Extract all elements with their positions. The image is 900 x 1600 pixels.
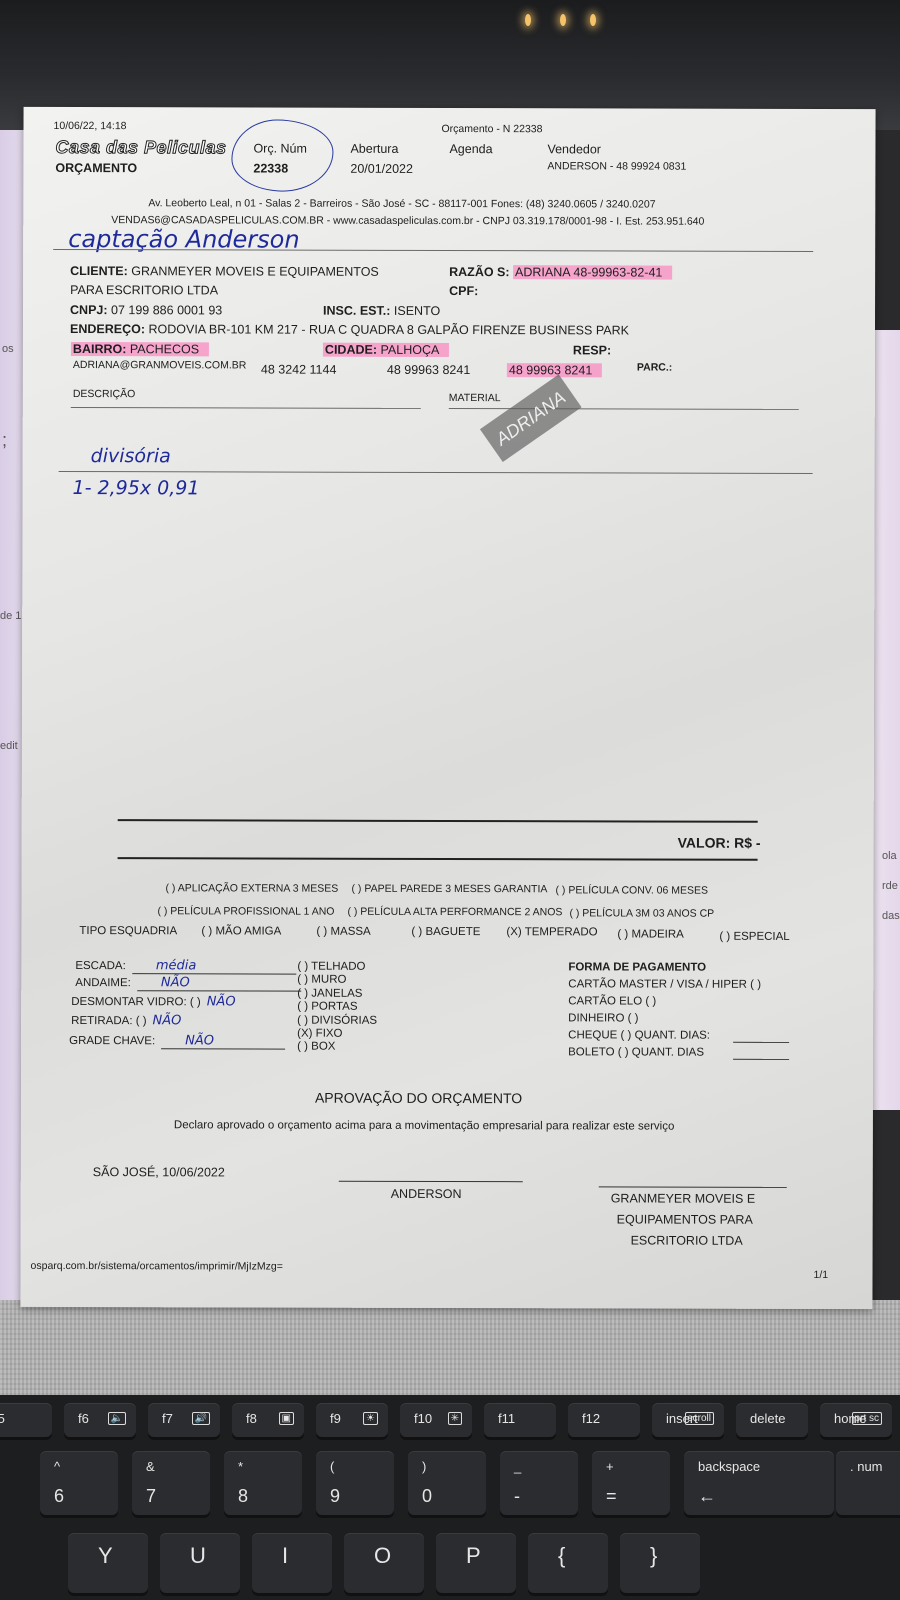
service-field-label: RETIRADA: ( ) (71, 1015, 146, 1027)
cidade-field: CIDADE: PALHOÇA (323, 343, 449, 357)
key-top-label: _ (514, 1459, 521, 1474)
key-f8[interactable]: f8▣ (232, 1403, 304, 1437)
doc-type: ORÇAMENTO (55, 161, 137, 175)
key-label: f6 (78, 1411, 89, 1426)
key-label: P (466, 1543, 481, 1569)
edge-text: ola (882, 850, 897, 862)
key-bottom-label: 6 (54, 1486, 64, 1507)
key-bottom-label: 8 (238, 1486, 248, 1507)
key-glyph-icon: 🔊 (192, 1412, 210, 1425)
key-glyph-icon: prt sc (852, 1412, 882, 1425)
endereco-field: ENDEREÇO: RODOVIA BR-101 KM 217 - RUA C … (70, 322, 629, 337)
cpf-label: CPF: (449, 284, 478, 298)
payment-option[interactable]: DINHEIRO ( ) (568, 1012, 638, 1024)
quant-dias-line[interactable] (733, 1042, 789, 1043)
payment-title: FORMA DE PAGAMENTO (568, 961, 706, 973)
service-field-value[interactable]: NÃO (207, 994, 236, 1009)
key-top-label: ( (330, 1459, 334, 1474)
key-top-label: ) (422, 1459, 426, 1474)
divider (59, 471, 813, 474)
key-glyph-icon: 🔈 (108, 1412, 126, 1425)
key-label: f10 (414, 1411, 432, 1426)
edge-text: rde (882, 880, 898, 892)
signer-2-line2: EQUIPAMENTOS PARA (617, 1212, 753, 1226)
print-timestamp: 10/06/22, 14:18 (54, 120, 127, 132)
esquadria-option[interactable]: ( ) MADEIRA (617, 928, 683, 940)
approval-title: APROVAÇÃO DO ORÇAMENTO (315, 1090, 522, 1107)
key-bottom-label: - (514, 1486, 520, 1507)
warranty-option[interactable]: ( ) PELÍCULA CONV. 06 MESES (556, 884, 709, 896)
edge-text: de 1. (0, 610, 24, 622)
client-phone-3: 48 99963 8241 (507, 363, 602, 377)
service-field-value[interactable]: NÃO (153, 1013, 182, 1028)
service-field-label: ANDAIME: (75, 977, 131, 989)
key-glyph-icon: ✳ (448, 1412, 462, 1425)
location-option[interactable]: ( ) PORTAS (297, 1001, 357, 1013)
resp-label: RESP: (573, 343, 611, 357)
payment-option[interactable]: BOLETO ( ) QUANT. DIAS (568, 1046, 704, 1058)
service-field-label: ESCADA: (75, 960, 126, 972)
signer-2-line1: GRANMEYER MOVEIS E (611, 1191, 756, 1205)
bairro-field: BAIRRO: PACHECOS (71, 342, 209, 356)
page-number: 1/1 (814, 1269, 829, 1281)
valor-label: VALOR: R$ - (678, 835, 761, 851)
service-field: GRADE CHAVE:NÃO (69, 1033, 285, 1050)
key-glyph-icon: scroll (685, 1412, 714, 1425)
key-O[interactable]: O (344, 1533, 424, 1593)
key-glyph-icon: ☀ (363, 1412, 378, 1425)
key-label: f12 (582, 1411, 600, 1426)
place-date: SÃO JOSÉ, 10/06/2022 (93, 1165, 225, 1179)
key-f11[interactable]: f11 (484, 1403, 556, 1437)
key-bottom-label: 9 (330, 1486, 340, 1507)
laptop-speaker-grille (0, 1300, 900, 1395)
location-option[interactable]: ( ) TELHADO (297, 961, 365, 973)
vendedor-value: ANDERSON - 48 99924 0831 (547, 160, 686, 172)
descricao-line (71, 407, 421, 409)
key-label: delete (750, 1411, 785, 1426)
key-f7[interactable]: f7🔊 (148, 1403, 220, 1437)
keyboard: f5f6🔈f7🔊f8▣f9☀f10✳f11f12insertscrolldele… (0, 1395, 900, 1600)
orc-num-label: Orç. Núm (253, 141, 307, 155)
name-stamp: ADRIANA (480, 374, 582, 462)
key-U[interactable]: U (160, 1533, 240, 1593)
key-top-label: + (606, 1459, 614, 1474)
handwritten-item: divisória (91, 445, 171, 467)
key-bottom-label: = (606, 1486, 617, 1507)
service-field-value[interactable]: NÃO (161, 1033, 285, 1049)
service-field: ANDAIME:NÃO (75, 975, 301, 992)
ceiling-light (525, 14, 531, 26)
location-option[interactable]: ( ) DIVISÓRIAS (297, 1014, 377, 1026)
quote-ref-top: Orçamento - N 22338 (442, 123, 543, 135)
warranty-option[interactable]: ( ) PELÍCULA 3M 03 ANOS CP (569, 907, 714, 919)
key-f10[interactable]: f10✳ (400, 1403, 472, 1437)
key-I[interactable]: I (252, 1533, 332, 1593)
key-top-label: ^ (54, 1459, 60, 1474)
location-option[interactable]: ( ) MURO (297, 974, 346, 986)
key-bottom-label: 7 (146, 1486, 156, 1507)
abertura-label: Abertura (350, 142, 398, 156)
key-top-label: . num (850, 1459, 883, 1474)
signer-1: ANDERSON (391, 1187, 462, 1201)
razao-field: RAZÃO S: ADRIANA 48-99963-82-41 (449, 265, 672, 280)
key-top-label: backspace (698, 1459, 760, 1474)
signature-line (339, 1181, 523, 1182)
key-label: f9 (330, 1411, 341, 1426)
key-top-label: * (238, 1459, 243, 1474)
key-←[interactable]: backspace← (684, 1451, 834, 1515)
material-label: MATERIAL (449, 392, 501, 404)
descricao-label: DESCRIÇÃO (73, 388, 135, 400)
key-label: f11 (498, 1411, 515, 1426)
key-=[interactable]: += (592, 1451, 670, 1515)
key-bottom-label: 0 (422, 1486, 432, 1507)
edge-text: edit (0, 740, 18, 752)
divider (118, 819, 758, 823)
key-7[interactable]: &7 (132, 1451, 210, 1515)
key-9[interactable]: (9 (316, 1451, 394, 1515)
abertura-value: 20/01/2022 (350, 162, 413, 176)
agenda-label: Agenda (449, 142, 492, 156)
payment-option[interactable]: CARTÃO MASTER / VISA / HIPER ( ) (568, 978, 761, 991)
key-insert[interactable]: insertscroll (652, 1403, 724, 1437)
service-field: DESMONTAR VIDRO: ( )NÃO (71, 994, 235, 1009)
esquadria-option[interactable]: ( ) BAGUETE (411, 926, 480, 938)
cliente-line2: PARA ESCRITORIO LTDA (70, 283, 218, 297)
esquadria-option[interactable]: ( ) MASSA (316, 926, 370, 938)
key-f12[interactable]: f12 (568, 1403, 640, 1437)
service-field-label: GRADE CHAVE: (69, 1035, 155, 1047)
key-bottom-label: ← (698, 1486, 716, 1507)
key-}[interactable]: } (620, 1533, 700, 1593)
location-option-checked[interactable]: (X) FIXO (297, 1028, 342, 1040)
company-address: Av. Leoberto Leal, n 01 - Salas 2 - Barr… (148, 197, 655, 210)
key-label: f7 (162, 1411, 173, 1426)
location-option[interactable]: ( ) BOX (297, 1041, 335, 1053)
key-home[interactable]: homeprt sc (820, 1403, 892, 1437)
client-phone-2: 48 99963 8241 (387, 363, 470, 377)
service-field-label: DESMONTAR VIDRO: ( ) (71, 996, 201, 1008)
orc-num-value: 22338 (253, 161, 288, 175)
warranty-option[interactable]: ( ) PELÍCULA PROFISSIONAL 1 ANO (157, 905, 334, 917)
key-{[interactable]: { (528, 1533, 608, 1593)
vendedor-label: Vendedor (547, 142, 601, 156)
approval-declaration: Declaro aprovado o orçamento acima para … (174, 1119, 675, 1132)
key-0[interactable]: )0 (408, 1451, 486, 1515)
key-glyph-icon: ▣ (279, 1412, 294, 1425)
client-phone-1: 48 3242 1144 (261, 363, 337, 377)
key-f5[interactable]: f5 (0, 1403, 52, 1437)
client-email: ADRIANA@GRANMOVEIS.COM.BR (73, 359, 246, 371)
material-line (449, 408, 799, 410)
key-f9[interactable]: f9☀ (316, 1403, 388, 1437)
key-.num[interactable]: . num (836, 1451, 900, 1515)
key-P[interactable]: P (436, 1533, 516, 1593)
key-top-label: & (146, 1459, 155, 1474)
key-label: f5 (0, 1411, 5, 1426)
esquadria-option-checked[interactable]: (X) TEMPERADO (506, 926, 597, 938)
signature-line (599, 1186, 787, 1187)
service-field: ESCADA:média (75, 958, 296, 975)
warranty-option[interactable]: ( ) PAPEL PAREDE 3 MESES GARANTIA (352, 883, 548, 896)
key-label: f8 (246, 1411, 257, 1426)
edge-text: os (2, 343, 14, 355)
esquadria-option[interactable]: ( ) MÃO AMIGA (201, 925, 281, 937)
handwritten-dimensions: 1- 2,95x 0,91 (73, 477, 200, 499)
key-6[interactable]: ^6 (40, 1451, 118, 1515)
cnpj-field: CNPJ: 07 199 886 0001 93 (70, 303, 222, 317)
cliente-field: CLIENTE: GRANMEYER MOVEIS E EQUIPAMENTOS (70, 264, 379, 279)
service-field-value[interactable]: média (132, 958, 296, 974)
service-field-value[interactable]: NÃO (137, 975, 301, 991)
payment-option[interactable]: CHEQUE ( ) QUANT. DIAS: (568, 1029, 710, 1041)
ceiling-light (590, 14, 596, 26)
quant-dias-line[interactable] (733, 1059, 789, 1060)
key-label: Y (98, 1543, 113, 1569)
warranty-option[interactable]: ( ) PELÍCULA ALTA PERFORMANCE 2 ANOS (347, 906, 562, 919)
key-delete[interactable]: delete (736, 1403, 808, 1437)
location-option[interactable]: ( ) JANELAS (297, 987, 362, 999)
signer-2-line3: ESCRITORIO LTDA (631, 1233, 743, 1247)
divider (118, 857, 758, 861)
edge-text: ; (2, 430, 7, 451)
payment-option[interactable]: CARTÃO ELO ( ) (568, 995, 656, 1007)
key--[interactable]: _- (500, 1451, 578, 1515)
quote-document: 10/06/22, 14:18 Orçamento - N 22338 Casa… (20, 107, 875, 1309)
tipo-esquadria-label: TIPO ESQUADRIA (79, 925, 177, 937)
key-Y[interactable]: Y (68, 1533, 148, 1593)
key-f6[interactable]: f6🔈 (64, 1403, 136, 1437)
key-label: U (190, 1543, 206, 1569)
esquadria-option[interactable]: ( ) ESPECIAL (719, 931, 789, 943)
edge-text: das (882, 910, 900, 922)
key-label: I (282, 1543, 288, 1569)
key-8[interactable]: *8 (224, 1451, 302, 1515)
ceiling-light (560, 14, 566, 26)
key-label: } (650, 1543, 657, 1569)
service-field: RETIRADA: ( )NÃO (71, 1013, 181, 1028)
warranty-option[interactable]: ( ) APLICAÇÃO EXTERNA 3 MESES (166, 882, 339, 894)
parc-label: PARC.: (637, 361, 672, 373)
key-label: O (374, 1543, 391, 1569)
brand-logo: Casa das Peliculas (55, 137, 226, 158)
insc-field: INSC. EST.: ISENTO (323, 304, 440, 318)
key-label: { (558, 1543, 565, 1569)
footer-url: osparq.com.br/sistema/orcamentos/imprimi… (31, 1260, 283, 1273)
